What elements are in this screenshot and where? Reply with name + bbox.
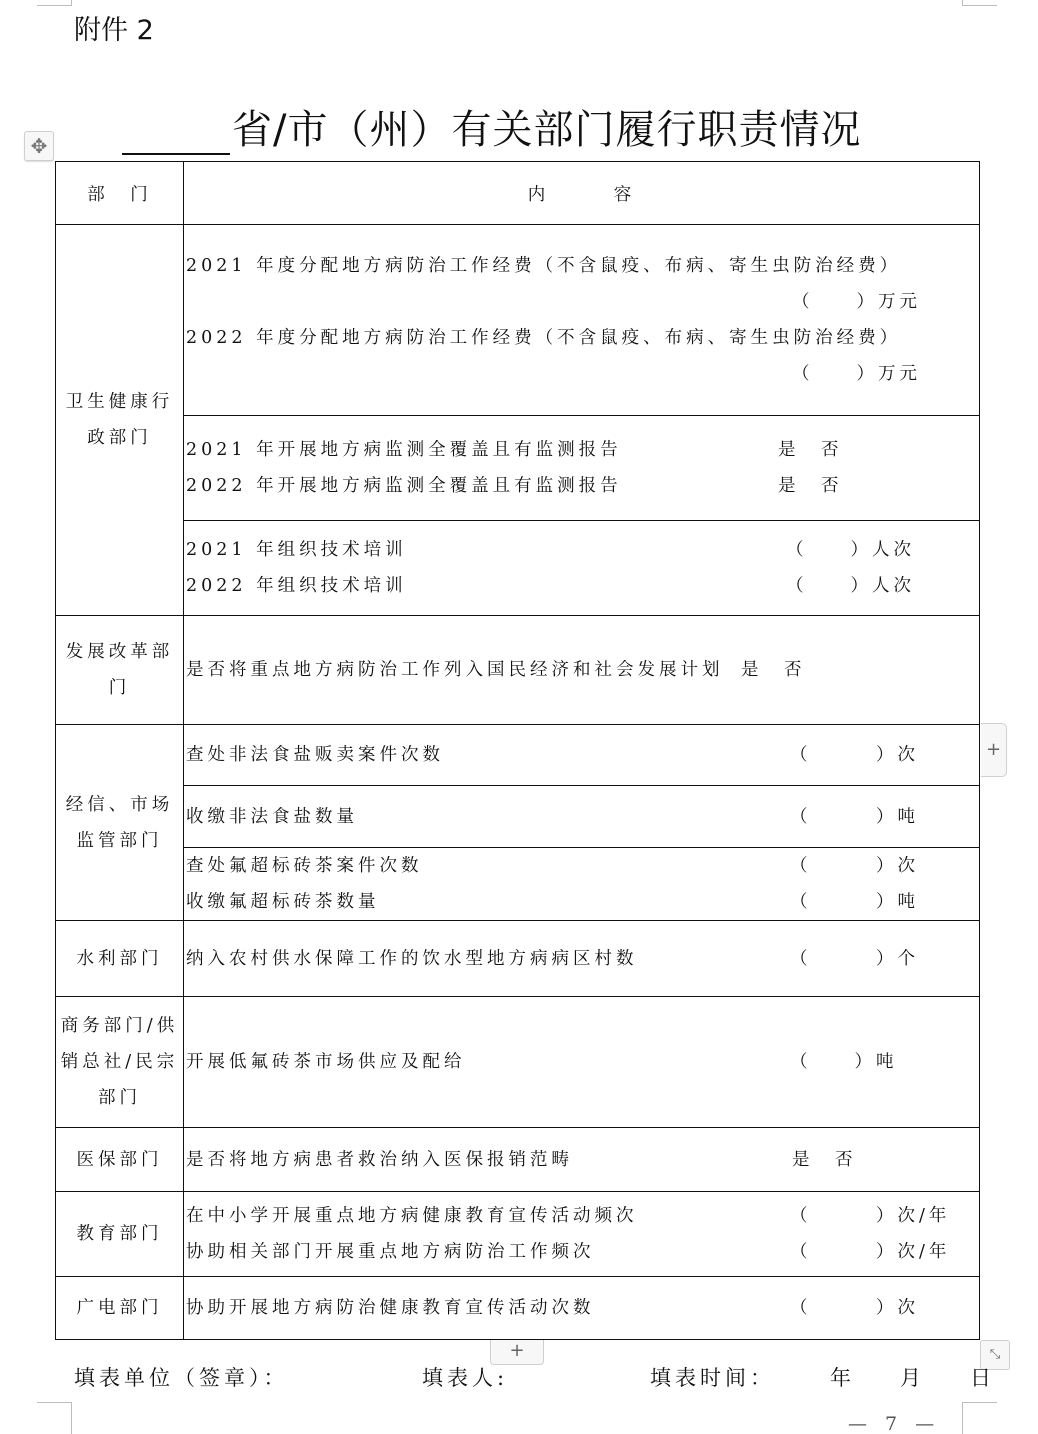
department-label: 商务部门/供销总社/民宗部门: [61, 1008, 179, 1116]
count-field[interactable]: （ ）个: [790, 941, 919, 977]
item-text: 是否将重点地方病防治工作列入国民经济和社会发展计划: [186, 660, 724, 680]
count-field[interactable]: （ ）人次: [786, 532, 915, 568]
content-line: 2021 年开展地方病监测全覆盖且有监测报告是 否: [184, 432, 979, 468]
yes-no-choice[interactable]: 是 否: [741, 652, 806, 688]
frequency-field[interactable]: （ ）次/年: [790, 1234, 950, 1270]
table-row: 经信、市场监管部门 查处非法食盐贩卖案件次数（ ）次: [56, 725, 980, 786]
content-cell: 查处氟超标砖茶案件次数（ ）次 收缴氟超标砖茶数量（ ）吨: [184, 848, 980, 921]
department-label: 经信、市场监管部门: [58, 787, 182, 859]
content-line: （ ）万元: [184, 284, 979, 320]
content-line: 2022 年组织技术培训（ ）人次: [184, 568, 979, 604]
count-field[interactable]: （ ）人次: [786, 568, 915, 604]
table-row: 2021 年组织技术培训（ ）人次 2022 年组织技术培训（ ）人次: [56, 521, 980, 616]
department-cell: 卫生健康行政部门: [56, 225, 184, 616]
content-line: 开展低氟砖茶市场供应及配给（ ）吨: [184, 1044, 979, 1080]
move-icon: ✥: [31, 134, 48, 158]
title-text: 省/市（州）有关部门履行职责情况: [232, 107, 861, 153]
table-row: 查处氟超标砖茶案件次数（ ）次 收缴氟超标砖茶数量（ ）吨: [56, 848, 980, 921]
content-line: 2021 年度分配地方病防治工作经费（不含鼠疫、布病、寄生虫防治经费）: [184, 248, 979, 284]
column-header-department: 部 门: [56, 162, 184, 225]
content-cell: 纳入农村供水保障工作的饮水型地方病病区村数（ ）个: [184, 921, 980, 997]
province-blank-field[interactable]: [122, 109, 230, 155]
yes-no-choice[interactable]: 是 否: [778, 432, 843, 468]
content-line: 收缴氟超标砖茶数量（ ）吨: [184, 884, 979, 920]
filling-time-label: 填表时间：: [650, 1362, 775, 1392]
content-line: 协助相关部门开展重点地方病防治工作频次（ ）次/年: [184, 1234, 979, 1270]
content-line: 2022 年开展地方病监测全覆盖且有监测报告是 否: [184, 468, 979, 504]
item-text: 协助相关部门开展重点地方病防治工作频次: [186, 1242, 595, 1262]
table-row: 商务部门/供销总社/民宗部门 开展低氟砖茶市场供应及配给（ ）吨: [56, 997, 980, 1128]
item-text: 2021 年组织技术培训: [186, 540, 407, 560]
item-text: 在中小学开展重点地方病健康教育宣传活动频次: [186, 1206, 638, 1226]
resize-icon: ⤡: [990, 1347, 1000, 1362]
content-line: 收缴非法食盐数量（ ）吨: [184, 799, 979, 835]
content-cell: 在中小学开展重点地方病健康教育宣传活动频次（ ）次/年 协助相关部门开展重点地方…: [184, 1192, 980, 1277]
content-line: 查处氟超标砖茶案件次数（ ）次: [184, 848, 979, 884]
table-row: 教育部门 在中小学开展重点地方病健康教育宣传活动频次（ ）次/年 协助相关部门开…: [56, 1192, 980, 1277]
plus-icon: +: [986, 739, 1001, 760]
department-cell: 发展改革部门: [56, 616, 184, 725]
amount-field[interactable]: （ ）万元: [792, 356, 921, 392]
item-text: 开展低氟砖茶市场供应及配给: [186, 1052, 466, 1072]
table-row: 发展改革部门 是否将重点地方病防治工作列入国民经济和社会发展计划是 否: [56, 616, 980, 725]
content-cell: 开展低氟砖茶市场供应及配给（ ）吨: [184, 997, 980, 1128]
page-corner-mark: [37, 1402, 72, 1434]
table-row: 广电部门 协助开展地方病防治健康教育宣传活动次数（ ）次: [56, 1277, 980, 1340]
yes-no-choice[interactable]: 是 否: [792, 1142, 857, 1178]
page-number: — 7 —: [848, 1413, 940, 1434]
content-cell: 是否将地方病患者救治纳入医保报销范畴是 否: [184, 1128, 980, 1192]
item-text: 2021 年开展地方病监测全覆盖且有监测报告: [186, 440, 622, 460]
table-header-row: 部 门 内 容: [56, 162, 980, 225]
content-cell: 收缴非法食盐数量（ ）吨: [184, 786, 980, 848]
department-cell: 教育部门: [56, 1192, 184, 1277]
table-row: 收缴非法食盐数量（ ）吨: [56, 786, 980, 848]
page-corner-mark: [37, 0, 72, 6]
content-line: 查处非法食盐贩卖案件次数（ ）次: [184, 737, 979, 773]
item-text: 2022 年开展地方病监测全覆盖且有监测报告: [186, 476, 622, 496]
item-text: 查处非法食盐贩卖案件次数: [186, 745, 444, 765]
department-cell: 医保部门: [56, 1128, 184, 1192]
content-cell: 是否将重点地方病防治工作列入国民经济和社会发展计划是 否: [184, 616, 980, 725]
amount-field[interactable]: （ ）万元: [792, 284, 921, 320]
item-text: 是否将地方病患者救治纳入医保报销范畴: [186, 1150, 573, 1170]
content-cell: 2021 年开展地方病监测全覆盖且有监测报告是 否 2022 年开展地方病监测全…: [184, 416, 980, 521]
table-row: 2021 年开展地方病监测全覆盖且有监测报告是 否 2022 年开展地方病监测全…: [56, 416, 980, 521]
page-corner-mark: [962, 0, 997, 6]
content-line: 是否将地方病患者救治纳入医保报销范畴是 否: [184, 1142, 979, 1178]
amount-field[interactable]: （ ）吨: [790, 1044, 898, 1080]
item-text: 2022 年度分配地方病防治工作经费（不含鼠疫、布病、寄生虫防治经费）: [186, 328, 901, 348]
plus-icon: +: [509, 1340, 524, 1361]
table-row: 医保部门 是否将地方病患者救治纳入医保报销范畴是 否: [56, 1128, 980, 1192]
filling-unit-label: 填表单位（签章）：: [74, 1362, 289, 1392]
table-move-handle[interactable]: ✥: [24, 131, 54, 161]
duty-table: 部 门 内 容 卫生健康行政部门 2021 年度分配地方病防治工作经费（不含鼠疫…: [55, 161, 980, 1340]
content-line: 2022 年度分配地方病防治工作经费（不含鼠疫、布病、寄生虫防治经费）: [184, 320, 979, 356]
content-line: 在中小学开展重点地方病健康教育宣传活动频次（ ）次/年: [184, 1198, 979, 1234]
department-cell: 商务部门/供销总社/民宗部门: [56, 997, 184, 1128]
content-cell: 2021 年度分配地方病防治工作经费（不含鼠疫、布病、寄生虫防治经费） （ ）万…: [184, 225, 980, 416]
item-text: 查处氟超标砖茶案件次数: [186, 856, 423, 876]
attachment-label: 附件 2: [74, 8, 154, 47]
filler-label: 填表人:: [422, 1362, 508, 1392]
department-cell: 经信、市场监管部门: [56, 725, 184, 921]
content-cell: 协助开展地方病防治健康教育宣传活动次数（ ）次: [184, 1277, 980, 1340]
table-row: 水利部门 纳入农村供水保障工作的饮水型地方病病区村数（ ）个: [56, 921, 980, 997]
item-text: 纳入农村供水保障工作的饮水型地方病病区村数: [186, 949, 638, 969]
item-text: 协助开展地方病防治健康教育宣传活动次数: [186, 1298, 595, 1318]
department-cell: 广电部门: [56, 1277, 184, 1340]
count-field[interactable]: （ ）次: [790, 737, 919, 773]
page-title: 省/市（州）有关部门履行职责情况: [122, 98, 861, 155]
frequency-field[interactable]: （ ）次/年: [790, 1198, 950, 1234]
content-line: 纳入农村供水保障工作的饮水型地方病病区村数（ ）个: [184, 941, 979, 977]
content-cell: 查处非法食盐贩卖案件次数（ ）次: [184, 725, 980, 786]
page-corner-mark: [962, 1402, 997, 1434]
department-cell: 水利部门: [56, 921, 184, 997]
date-fields: 年 月 日: [830, 1362, 1005, 1392]
department-label: 卫生健康行政部门: [58, 384, 182, 456]
content-cell: 2021 年组织技术培训（ ）人次 2022 年组织技术培训（ ）人次: [184, 521, 980, 616]
column-header-content: 内 容: [184, 162, 980, 225]
item-text: 收缴非法食盐数量: [186, 807, 358, 827]
amount-field[interactable]: （ ）吨: [790, 884, 919, 920]
item-text: 收缴氟超标砖茶数量: [186, 892, 380, 912]
content-line: 2021 年组织技术培训（ ）人次: [184, 532, 979, 568]
count-field[interactable]: （ ）次: [790, 848, 919, 884]
yes-no-choice[interactable]: 是 否: [778, 468, 843, 504]
count-field[interactable]: （ ）次: [790, 1290, 919, 1326]
content-line: 协助开展地方病防治健康教育宣传活动次数（ ）次: [184, 1290, 979, 1326]
table-row: 卫生健康行政部门 2021 年度分配地方病防治工作经费（不含鼠疫、布病、寄生虫防…: [56, 225, 980, 416]
item-text: 2021 年度分配地方病防治工作经费（不含鼠疫、布病、寄生虫防治经费）: [186, 256, 901, 276]
content-line: 是否将重点地方病防治工作列入国民经济和社会发展计划是 否: [184, 652, 979, 688]
item-text: 2022 年组织技术培训: [186, 576, 407, 596]
amount-field[interactable]: （ ）吨: [790, 799, 919, 835]
content-line: （ ）万元: [184, 356, 979, 392]
add-column-button[interactable]: +: [981, 723, 1007, 777]
